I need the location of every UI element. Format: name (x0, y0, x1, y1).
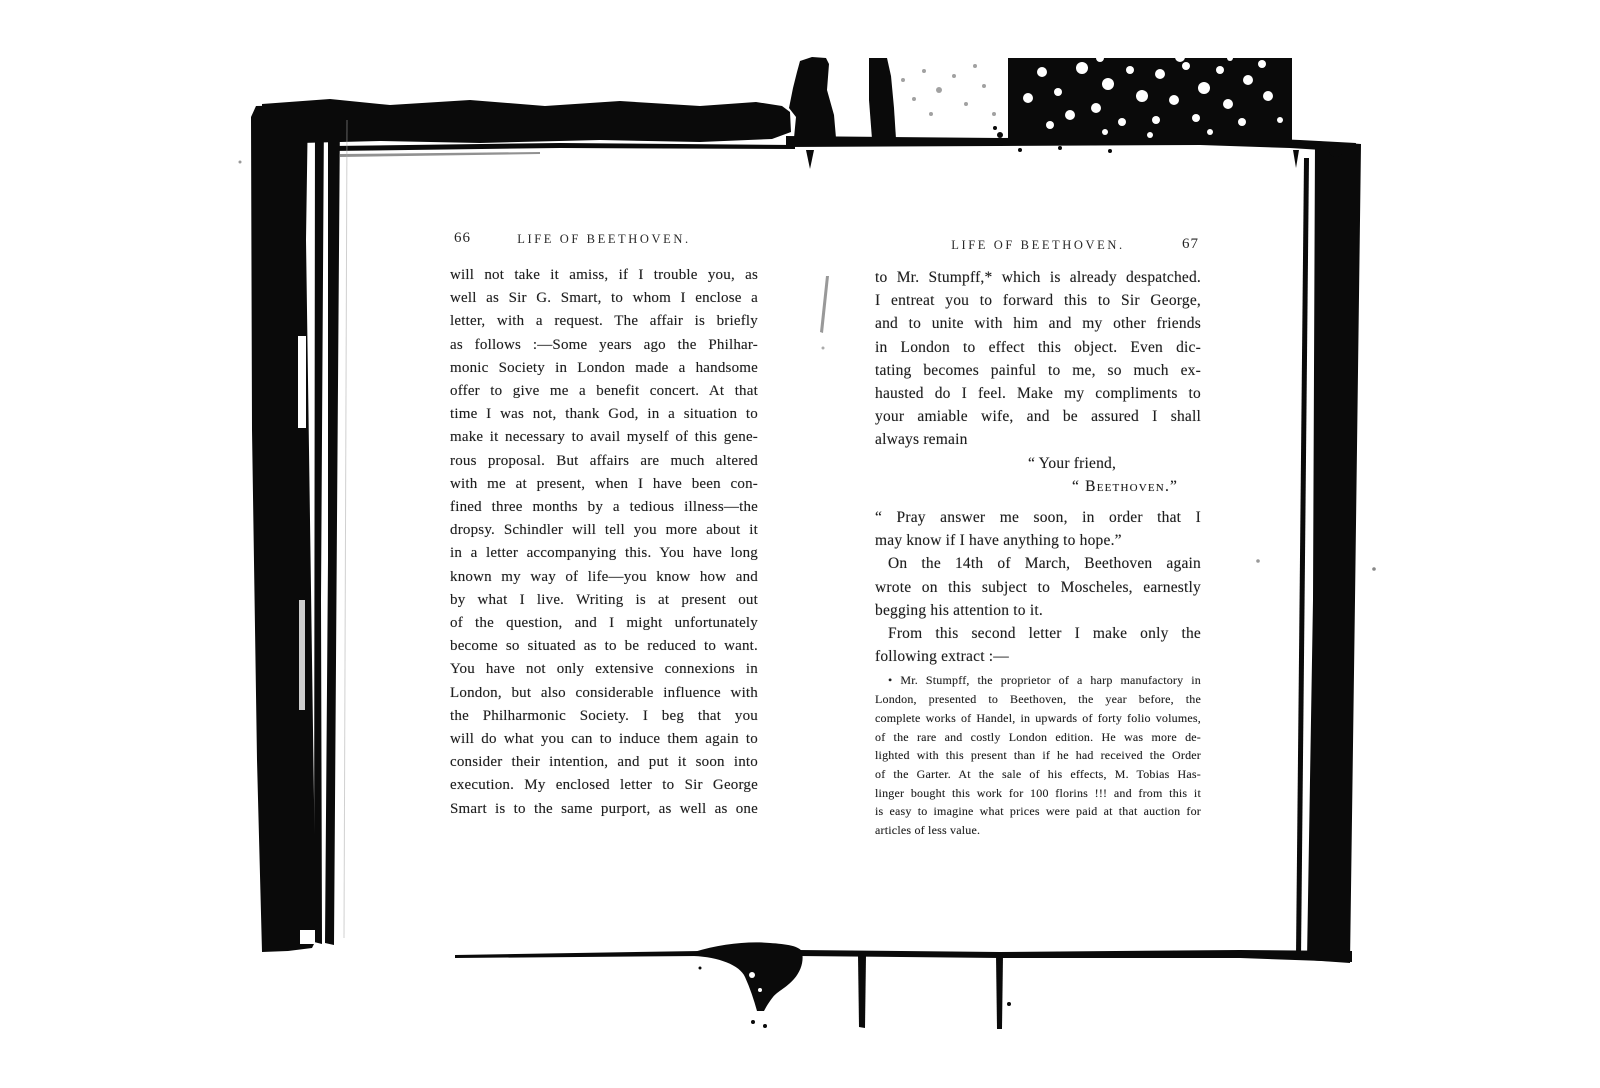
text-line: monic Society in London made a handsome (450, 357, 758, 380)
left-page: 66 LIFE OF BEETHOVEN. will not take it a… (450, 230, 758, 821)
footnote-line: of the Garter. At the sale of his effect… (875, 765, 1201, 784)
text-line: wrote on this subject to Moscheles, earn… (875, 576, 1201, 599)
text-line: become so situated as to be reduced to w… (450, 635, 758, 658)
text-line: with me at present, when I have been con… (450, 473, 758, 496)
text-line: hausted do I feel. Make my compliments t… (875, 382, 1201, 405)
text-line: fined three months by a tedious illness—… (450, 496, 758, 519)
footnote-line: • Mr. Stumpff, the proprietor of a harp … (875, 671, 1201, 690)
text-line: consider their intention, and put it soo… (450, 751, 758, 774)
text-line: the Philharmonic Society. I beg that you (450, 705, 758, 728)
scan-faint-marks (239, 120, 1376, 938)
text-line: make it necessary to avail myself of thi… (450, 426, 758, 449)
text-line: time I was not, thank God, in a situatio… (450, 403, 758, 426)
footnote-line: is easy to imagine what prices were paid… (875, 802, 1201, 821)
text-line: in London to effect this object. Even di… (875, 336, 1201, 359)
text-line: London, but also considerable influence … (450, 682, 758, 705)
text-line: dropsy. Schindler will tell you more abo… (450, 519, 758, 542)
footnote-line: complete works of Handel, in upwards of … (875, 709, 1201, 728)
right-page-text: to Mr. Stumpff,* which is already despat… (875, 266, 1201, 668)
text-line: tating becomes painful to me, so much ex… (875, 359, 1201, 382)
right-page-footnote: • Mr. Stumpff, the proprietor of a harp … (875, 671, 1201, 839)
text-line: offer to give me a benefit concert. At t… (450, 380, 758, 403)
text-line: On the 14th of March, Beethoven again (875, 552, 1201, 575)
text-line: and to unite with him and my other frien… (875, 312, 1201, 335)
text-line: will do what you can to induce them agai… (450, 728, 758, 751)
right-page: LIFE OF BEETHOVEN. 67 to Mr. Stumpff,* w… (875, 236, 1201, 840)
text-line: to Mr. Stumpff,* which is already despat… (875, 266, 1201, 289)
text-line: I entreat you to forward this to Sir Geo… (875, 289, 1201, 312)
text-line: begging his attention to it. (875, 599, 1201, 622)
scan-ink-artifacts (0, 0, 1600, 1088)
text-line: “ Your friend, (875, 452, 1201, 475)
text-line: execution. My enclosed letter to Sir Geo… (450, 774, 758, 797)
text-line: Smart is to the same purport, as well as… (450, 798, 758, 821)
text-line: known my way of life—you know how and (450, 566, 758, 589)
text-line: letter, with a request. The affair is br… (450, 310, 758, 333)
scanned-book-spread: 66 LIFE OF BEETHOVEN. will not take it a… (0, 0, 1600, 1088)
text-line: “ Beethoven.” (875, 475, 1201, 498)
text-line: well as Sir G. Smart, to whom I enclose … (450, 287, 758, 310)
scan-gray-speckles (901, 64, 996, 116)
text-line: as follows :—Some years ago the Philhar- (450, 334, 758, 357)
footnote-line: lighted with this present than if he had… (875, 746, 1201, 765)
page-number-left: 66 (454, 230, 471, 247)
text-line: From this second letter I make only the (875, 622, 1201, 645)
text-line: your amiable wife, and be assured I shal… (875, 405, 1201, 428)
text-line: may know if I have anything to hope.” (875, 529, 1201, 552)
text-line: You have not only extensive connexions i… (450, 658, 758, 681)
text-line: rous proposal. But affairs are much alte… (450, 450, 758, 473)
footnote-line: linger bought this work for 100 florins … (875, 784, 1201, 803)
text-line: will not take it amiss, if I trouble you… (450, 264, 758, 287)
left-page-text: will not take it amiss, if I trouble you… (450, 264, 758, 821)
running-title-left: LIFE OF BEETHOVEN. (517, 232, 691, 247)
footnote-line: articles of less value. (875, 821, 1201, 840)
right-page-header: LIFE OF BEETHOVEN. 67 (875, 236, 1201, 254)
footnote-line: London, presented to Beethoven, the year… (875, 690, 1201, 709)
footnote-line: of the rare and costly London edition. H… (875, 728, 1201, 747)
page-number-right: 67 (1182, 236, 1199, 253)
text-line: “ Pray answer me soon, in order that I (875, 506, 1201, 529)
text-line: following extract :— (875, 645, 1201, 668)
text-line: in a letter accompanying this. You have … (450, 542, 758, 565)
text-line: always remain (875, 428, 1201, 451)
text-line: of the question, and I might unfortunate… (450, 612, 758, 635)
text-line: by what I live. Writing is at present ou… (450, 589, 758, 612)
left-page-header: 66 LIFE OF BEETHOVEN. (450, 230, 758, 248)
running-title-right: LIFE OF BEETHOVEN. (951, 238, 1125, 253)
